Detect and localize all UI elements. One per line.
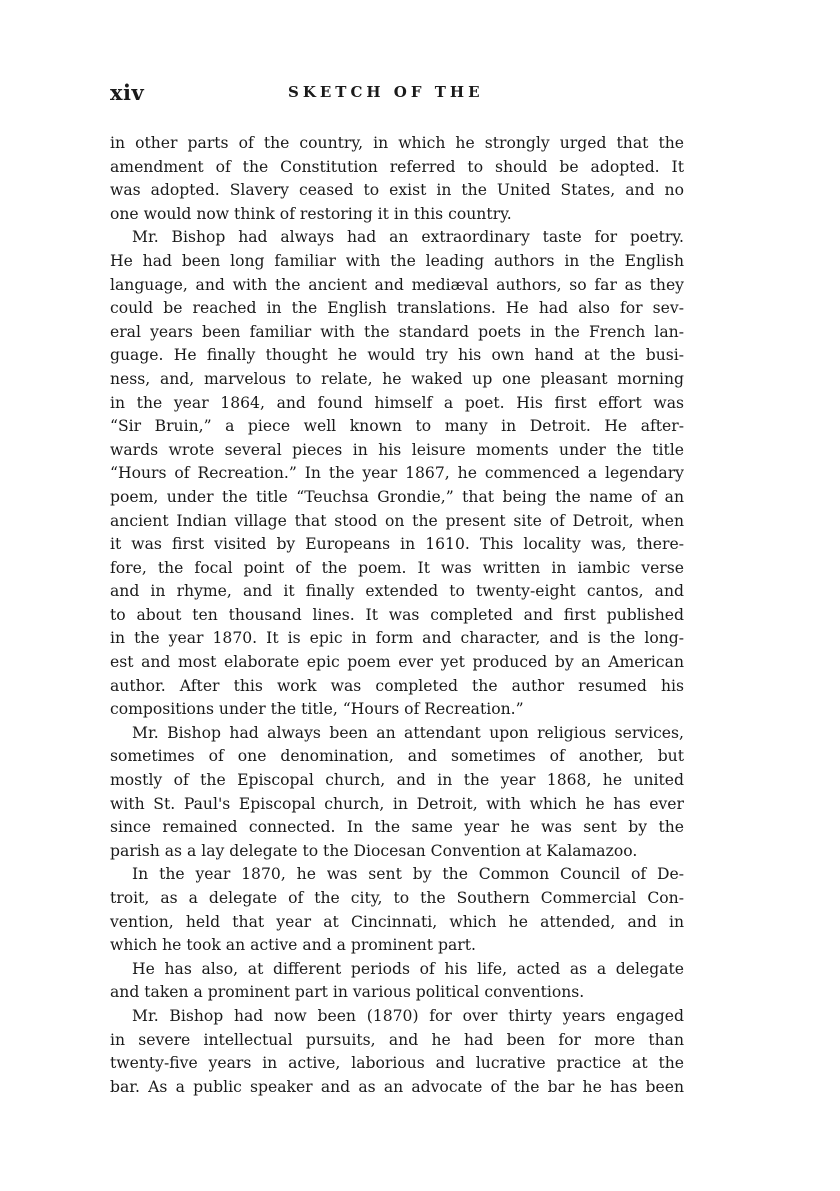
- text-line: mostly of the Episcopal church, and in t…: [110, 769, 684, 793]
- text-line: vention, held that year at Cincinnati, w…: [110, 911, 684, 935]
- text-line: Mr. Bishop had always been an attendant …: [110, 722, 684, 746]
- paragraph: In the year 1870, he was sent by the Com…: [110, 863, 684, 957]
- paragraph: Mr. Bishop had now been (1870) for over …: [110, 1005, 684, 1099]
- text-line: sometimes of one denomination, and somet…: [110, 745, 684, 769]
- text-line: est and most elaborate epic poem ever ye…: [110, 651, 684, 675]
- text-line: and taken a prominent part in various po…: [110, 981, 684, 1005]
- text-line: troit, as a delegate of the city, to the…: [110, 887, 684, 911]
- text-line: bar. As a public speaker and as an advoc…: [110, 1076, 684, 1100]
- text-line: He had been long familiar with the leadi…: [110, 250, 684, 274]
- text-line: “Hours of Recreation.” In the year 1867,…: [110, 462, 684, 486]
- text-line: it was first visited by Europeans in 161…: [110, 533, 684, 557]
- text-line: in other parts of the country, in which …: [110, 132, 684, 156]
- text-line: language, and with the ancient and mediæ…: [110, 274, 684, 298]
- text-line: parish as a lay delegate to the Diocesan…: [110, 840, 684, 864]
- text-line: since remained connected. In the same ye…: [110, 816, 684, 840]
- page-number: xiv: [110, 80, 144, 105]
- paragraph: Mr. Bishop had always had an extraordina…: [110, 226, 684, 721]
- text-line: with St. Paul's Episcopal church, in Det…: [110, 793, 684, 817]
- body-text: in other parts of the country, in which …: [110, 132, 684, 1099]
- text-line: ancient Indian village that stood on the…: [110, 510, 684, 534]
- text-line: fore, the focal point of the poem. It wa…: [110, 557, 684, 581]
- text-line: He has also, at different periods of his…: [110, 958, 684, 982]
- text-line: Mr. Bishop had now been (1870) for over …: [110, 1005, 684, 1029]
- text-line: in the year 1864, and found himself a po…: [110, 392, 684, 416]
- paragraph: He has also, at different periods of his…: [110, 958, 684, 1005]
- text-line: eral years been familiar with the standa…: [110, 321, 684, 345]
- text-line: which he took an active and a prominent …: [110, 934, 684, 958]
- text-line: compositions under the title, “Hours of …: [110, 698, 684, 722]
- text-line: author. After this work was completed th…: [110, 675, 684, 699]
- text-line: could be reached in the English translat…: [110, 297, 684, 321]
- text-line: was adopted. Slavery ceased to exist in …: [110, 179, 684, 203]
- text-line: to about ten thousand lines. It was comp…: [110, 604, 684, 628]
- text-line: one would now think of restoring it in t…: [110, 203, 684, 227]
- text-line: guage. He finally thought he would try h…: [110, 344, 684, 368]
- paragraph: in other parts of the country, in which …: [110, 132, 684, 226]
- text-line: In the year 1870, he was sent by the Com…: [110, 863, 684, 887]
- text-line: twenty-five years in active, laborious a…: [110, 1052, 684, 1076]
- text-line: Mr. Bishop had always had an extraordina…: [110, 226, 684, 250]
- running-title: SKETCH OF THE: [288, 83, 484, 101]
- text-line: and in rhyme, and it finally extended to…: [110, 580, 684, 604]
- book-page: xiv SKETCH OF THE in other parts of the …: [110, 76, 684, 1099]
- running-head: xiv SKETCH OF THE: [110, 76, 684, 110]
- text-line: in the year 1870. It is epic in form and…: [110, 627, 684, 651]
- text-line: wards wrote several pieces in his leisur…: [110, 439, 684, 463]
- text-line: amendment of the Constitution referred t…: [110, 156, 684, 180]
- text-line: poem, under the title “Teuchsa Grondie,”…: [110, 486, 684, 510]
- text-line: “Sir Bruin,” a piece well known to many …: [110, 415, 684, 439]
- text-line: in severe intellectual pursuits, and he …: [110, 1029, 684, 1053]
- text-line: ness, and, marvelous to relate, he waked…: [110, 368, 684, 392]
- paragraph: Mr. Bishop had always been an attendant …: [110, 722, 684, 864]
